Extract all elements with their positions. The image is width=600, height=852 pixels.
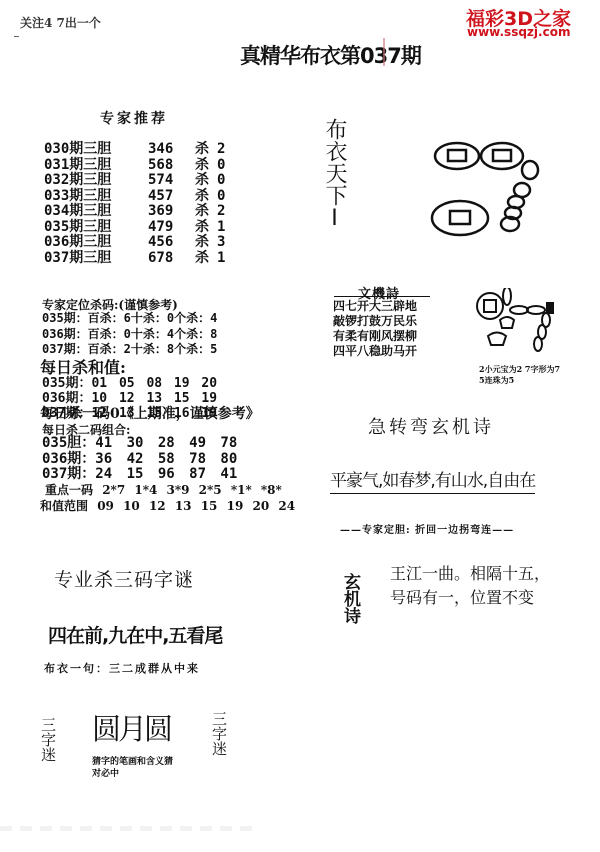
list-item: 034期三胆369杀2	[44, 204, 225, 220]
xuanji-vertical-title: 玄机诗	[336, 573, 364, 624]
key-one-label: 重点一码	[45, 483, 93, 497]
edge-mark	[383, 38, 385, 66]
list-item: 032期三胆574杀0	[44, 173, 225, 189]
kill-label: 杀	[195, 142, 217, 158]
numbers: 678	[148, 251, 195, 267]
key-one-values: 2*7 1*4 3*9 2*5 *1* *8*	[102, 483, 282, 497]
numbers: 574	[148, 173, 195, 189]
kill-value: 1	[217, 220, 225, 236]
sum-range-label: 和值范围	[40, 499, 88, 513]
kill-value: 2	[217, 142, 225, 158]
position-kill-list: 035期：百杀：6十杀：0个杀：4 036期：百杀：0十杀：4个杀：8 037期…	[42, 311, 217, 358]
kill-three-title: 专业杀三码字谜	[54, 565, 194, 592]
expert-recommend-title: 专家推荐	[100, 108, 168, 128]
expert-dingdan: ——专家定胆: 折回一边拐弯连——	[340, 521, 514, 536]
list-item: 036期：百杀：0十杀：4个杀：8	[42, 327, 217, 343]
list-item: 036期三胆456杀3	[44, 235, 225, 251]
yuanbao-seven-illustration-icon	[470, 288, 570, 358]
kill-label: 杀	[195, 204, 217, 220]
numbers: 456	[148, 235, 195, 251]
period: 036期三胆	[44, 235, 148, 251]
top-note: 关注4 7出一个	[20, 14, 101, 31]
sanzimi-glyph: 圆月圆	[92, 707, 170, 748]
kill-label: 杀	[195, 235, 217, 251]
site-watermark-url: www.ssqzj.com	[467, 25, 570, 39]
sanzimi-left-label: 三字迷	[40, 717, 55, 762]
wenji-poem: 四七开大三辟地 敲锣打鼓万民乐 有柔有刚风摆柳 四平八稳助马开	[333, 299, 417, 359]
poem-line: 敲锣打鼓万民乐	[333, 314, 417, 329]
poem-line: 四七开大三辟地	[333, 299, 417, 314]
kill-value: 0	[217, 189, 225, 205]
coins-seven-illustration-icon	[430, 136, 540, 241]
period: 033期三胆	[44, 189, 148, 205]
period: 032期三胆	[44, 173, 148, 189]
list-item: 035胆：41 30 28 49 78	[42, 436, 237, 452]
list-item: 035期：01 05 08 19 20	[42, 376, 217, 391]
kill-value: 3	[217, 235, 225, 251]
period: 031期三胆	[44, 158, 148, 174]
numbers: 346	[148, 142, 195, 158]
yuanbao-caption: 2小元宝为2 7字形为7 5连珠为5	[479, 364, 579, 386]
kill-three-riddle: 四在前,九在中,五看尾	[48, 621, 222, 648]
sum-range-row: 和值范围 09 10 12 13 15 19 20 24	[40, 497, 295, 514]
buyi-tianxia-vertical: 布衣天下I	[322, 118, 347, 231]
daily-kill-one: 每日杀一码0《上期准，谨慎参考》	[40, 403, 260, 423]
kill-value: 2	[217, 204, 225, 220]
numbers: 568	[148, 158, 195, 174]
numbers: 479	[148, 220, 195, 236]
faint-scan-artifact	[0, 826, 260, 831]
poem-line: 号码有一，位置不变	[390, 586, 550, 610]
jizhuanwan-title: 急转弯玄机诗	[368, 413, 494, 439]
kill-value: 1	[217, 251, 225, 267]
kill-label: 杀	[195, 220, 217, 236]
poem-line: 有柔有刚风摆柳	[333, 329, 417, 344]
list-item: 035期：百杀：6十杀：0个杀：4	[42, 311, 217, 327]
kill-label: 杀	[195, 189, 217, 205]
divider	[334, 296, 430, 297]
page-title: 真精华布衣第037期	[240, 40, 421, 70]
caption-line: 2小元宝为2 7字形为7	[479, 364, 579, 375]
sanzimi-right-label: 三字迷	[211, 711, 226, 756]
divider-mark	[14, 36, 19, 37]
period: 037期三胆	[44, 251, 148, 267]
expert-recommend-list: 030期三胆346杀2 031期三胆568杀0 032期三胆574杀0 033期…	[44, 142, 225, 266]
numbers: 369	[148, 204, 195, 220]
list-item: 033期三胆457杀0	[44, 189, 225, 205]
period: 035期三胆	[44, 220, 148, 236]
key-one-row: 重点一码 2*7 1*4 3*9 2*5 *1* *8*	[45, 481, 282, 498]
list-item: 030期三胆346杀2	[44, 142, 225, 158]
sanzimi-hint: 猜字的笔画和含义猜对必中	[92, 756, 174, 780]
caption-line: 5连珠为5	[479, 375, 579, 386]
kill-label: 杀	[195, 173, 217, 189]
numbers: 457	[148, 189, 195, 205]
daily-sum-kill-title: 每日杀和值:	[40, 355, 126, 378]
poem-line: 四平八稳助马开	[333, 344, 417, 359]
list-item: 036期：36 42 58 78 80	[42, 452, 237, 468]
poem-line: 王江一曲。相隔十五，	[390, 562, 550, 586]
period: 030期三胆	[44, 142, 148, 158]
xuanji-poem: 王江一曲。相隔十五， 号码有一，位置不变	[390, 562, 550, 610]
kill-value: 0	[217, 158, 225, 174]
buyi-line: 布衣一句：三二成群从中来	[44, 660, 200, 676]
period: 034期三胆	[44, 204, 148, 220]
daily-kill-two-list: 035胆：41 30 28 49 78 036期：36 42 58 78 80 …	[42, 436, 237, 483]
kill-label: 杀	[195, 158, 217, 174]
sum-range-values: 09 10 12 13 15 19 20 24	[97, 499, 295, 513]
kill-label: 杀	[195, 251, 217, 267]
kill-value: 0	[217, 173, 225, 189]
list-item: 037期三胆678杀1	[44, 251, 225, 267]
jizhuanwan-poem: 平豪气,如春梦,有山水,自由在	[330, 466, 535, 494]
list-item: 035期三胆479杀1	[44, 220, 225, 236]
list-item: 031期三胆568杀0	[44, 158, 225, 174]
